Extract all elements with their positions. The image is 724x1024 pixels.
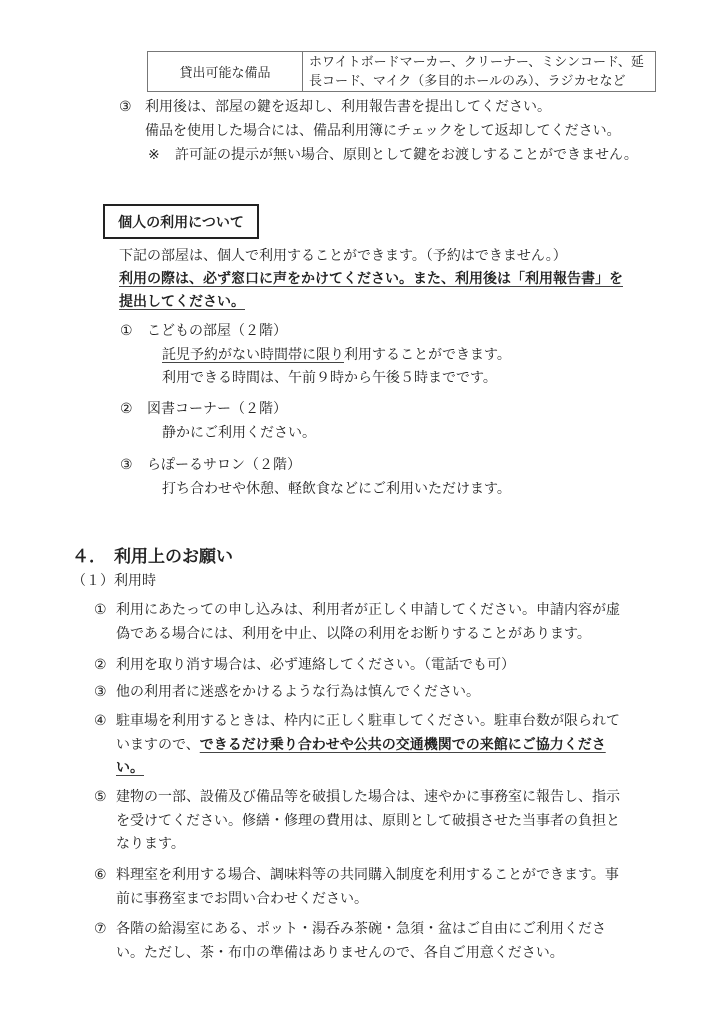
list-marker: ④ (94, 711, 107, 731)
list-marker: ③ (94, 682, 107, 702)
list-marker: ⑥ (94, 865, 107, 885)
rule-damage-line2: を受けてください。修繕・修理の費用は、原則として破損させた当事者の負担と (116, 811, 620, 831)
note-marker: ※ (148, 145, 160, 165)
rule-kitchenette-line2: い。ただし、茶・布巾の準備はありませんので、各自ご用意ください。 (116, 943, 564, 963)
section-title: 利用上のお願い (114, 542, 233, 567)
equipment-table-value-line1: ホワイトボードマーカー、クリーナー、ミシンコード、延 (309, 53, 649, 72)
rule-cooking-room-line1: 料理室を利用する場合、調味料等の共同購入制度を利用することができます。事 (116, 865, 619, 885)
list-marker: ② (120, 399, 133, 419)
rule-parking-line3: い。 (116, 758, 144, 778)
childcare-restriction: 託児予約がない時間帯に限り (162, 347, 344, 363)
room-desc-salon: 打ち合わせや休憩、軽飲食などにご利用いただけます。 (162, 479, 511, 499)
equipment-return-instruction: 備品を使用した場合には、備品利用簿にチェックをして返却してください。 (145, 121, 621, 141)
room-desc-text: 利用することができます。 (344, 347, 511, 363)
individual-use-notice-line1: 利用の際は、必ず窓口に声をかけてください。また、利用後は「利用報告書」を (119, 269, 623, 289)
rule-parking-line1: 駐車場を利用するときは、枠内に正しく駐車してください。駐車台数が限られて (116, 711, 620, 731)
rule-damage-line3: なります。 (116, 834, 185, 854)
list-marker: ⑤ (94, 787, 107, 807)
list-marker: ⑦ (94, 919, 107, 939)
individual-use-intro: 下記の部屋は、個人で利用することができます。（予約はできません。） (119, 246, 567, 266)
rule-parking-line2: いますので、できるだけ乗り合わせや公共の交通機関での来館にご協力くださ (116, 735, 606, 755)
equipment-table-value: ホワイトボードマーカー、クリーナー、ミシンコード、延 長コード、マイク（多目的ホ… (303, 52, 655, 91)
list-marker: ① (120, 321, 133, 341)
room-name-salon: らぽーるサロン（２階） (147, 455, 301, 475)
list-marker: ③ (120, 455, 133, 475)
rule-no-nuisance: 他の利用者に迷惑をかけるような行為は慎んでください。 (116, 682, 480, 702)
rule-damage-line1: 建物の一部、設備及び備品等を破損した場合は、速やかに事務室に報告し、指示 (116, 787, 620, 807)
rule-application-line2: 偽である場合には、利用を中止、以降の利用をお断りすることがあります。 (116, 624, 591, 644)
return-key-instruction: 利用後は、部屋の鍵を返却し、利用報告書を提出してください。 (145, 97, 551, 117)
rule-parking-emphasis: できるだけ乗り合わせや公共の交通機関での来館にご協力くださ (200, 737, 606, 753)
list-marker: ② (94, 655, 107, 675)
equipment-table-label: 貸出可能な備品 (148, 52, 303, 91)
room-name-kids-room: こどもの部屋（２階） (147, 321, 287, 341)
subsection-title: （１）利用時 (72, 571, 156, 591)
rule-cancellation: 利用を取り消す場合は、必ず連絡してください。（電話でも可） (116, 655, 515, 675)
room-name-library-corner: 図書コーナー（２階） (147, 399, 287, 419)
equipment-table: 貸出可能な備品 ホワイトボードマーカー、クリーナー、ミシンコード、延 長コード、… (147, 51, 656, 92)
list-marker: ① (94, 600, 107, 620)
room-desc-kids-room-1: 託児予約がない時間帯に限り利用することができます。 (162, 345, 511, 365)
list-marker: ③ (119, 97, 132, 117)
permit-note: 許可証の提示が無い場合、原則として鍵をお渡しすることができません。 (175, 145, 638, 165)
rule-kitchenette-line1: 各階の給湯室にある、ポット・湯呑み茶碗・急須・盆はご自由にご利用くださ (116, 919, 606, 939)
room-desc-kids-room-2: 利用できる時間は、午前９時から午後５時までです。 (162, 368, 497, 388)
rule-cooking-room-line2: 前に事務室までお問い合わせください。 (116, 889, 368, 909)
room-desc-library-corner: 静かにご利用ください。 (162, 423, 316, 443)
section-heading-individual-use: 個人の利用について (103, 204, 259, 239)
individual-use-notice-line2: 提出してください。 (119, 292, 245, 312)
rule-parking-plain: いますので、 (116, 737, 200, 753)
equipment-table-value-line2: 長コード、マイク（多目的ホールのみ）、ラジカセなど (309, 72, 649, 91)
section-number: ４． (72, 542, 106, 567)
rule-application-line1: 利用にあたっての申し込みは、利用者が正しく申請してください。申請内容が虚 (116, 600, 620, 620)
